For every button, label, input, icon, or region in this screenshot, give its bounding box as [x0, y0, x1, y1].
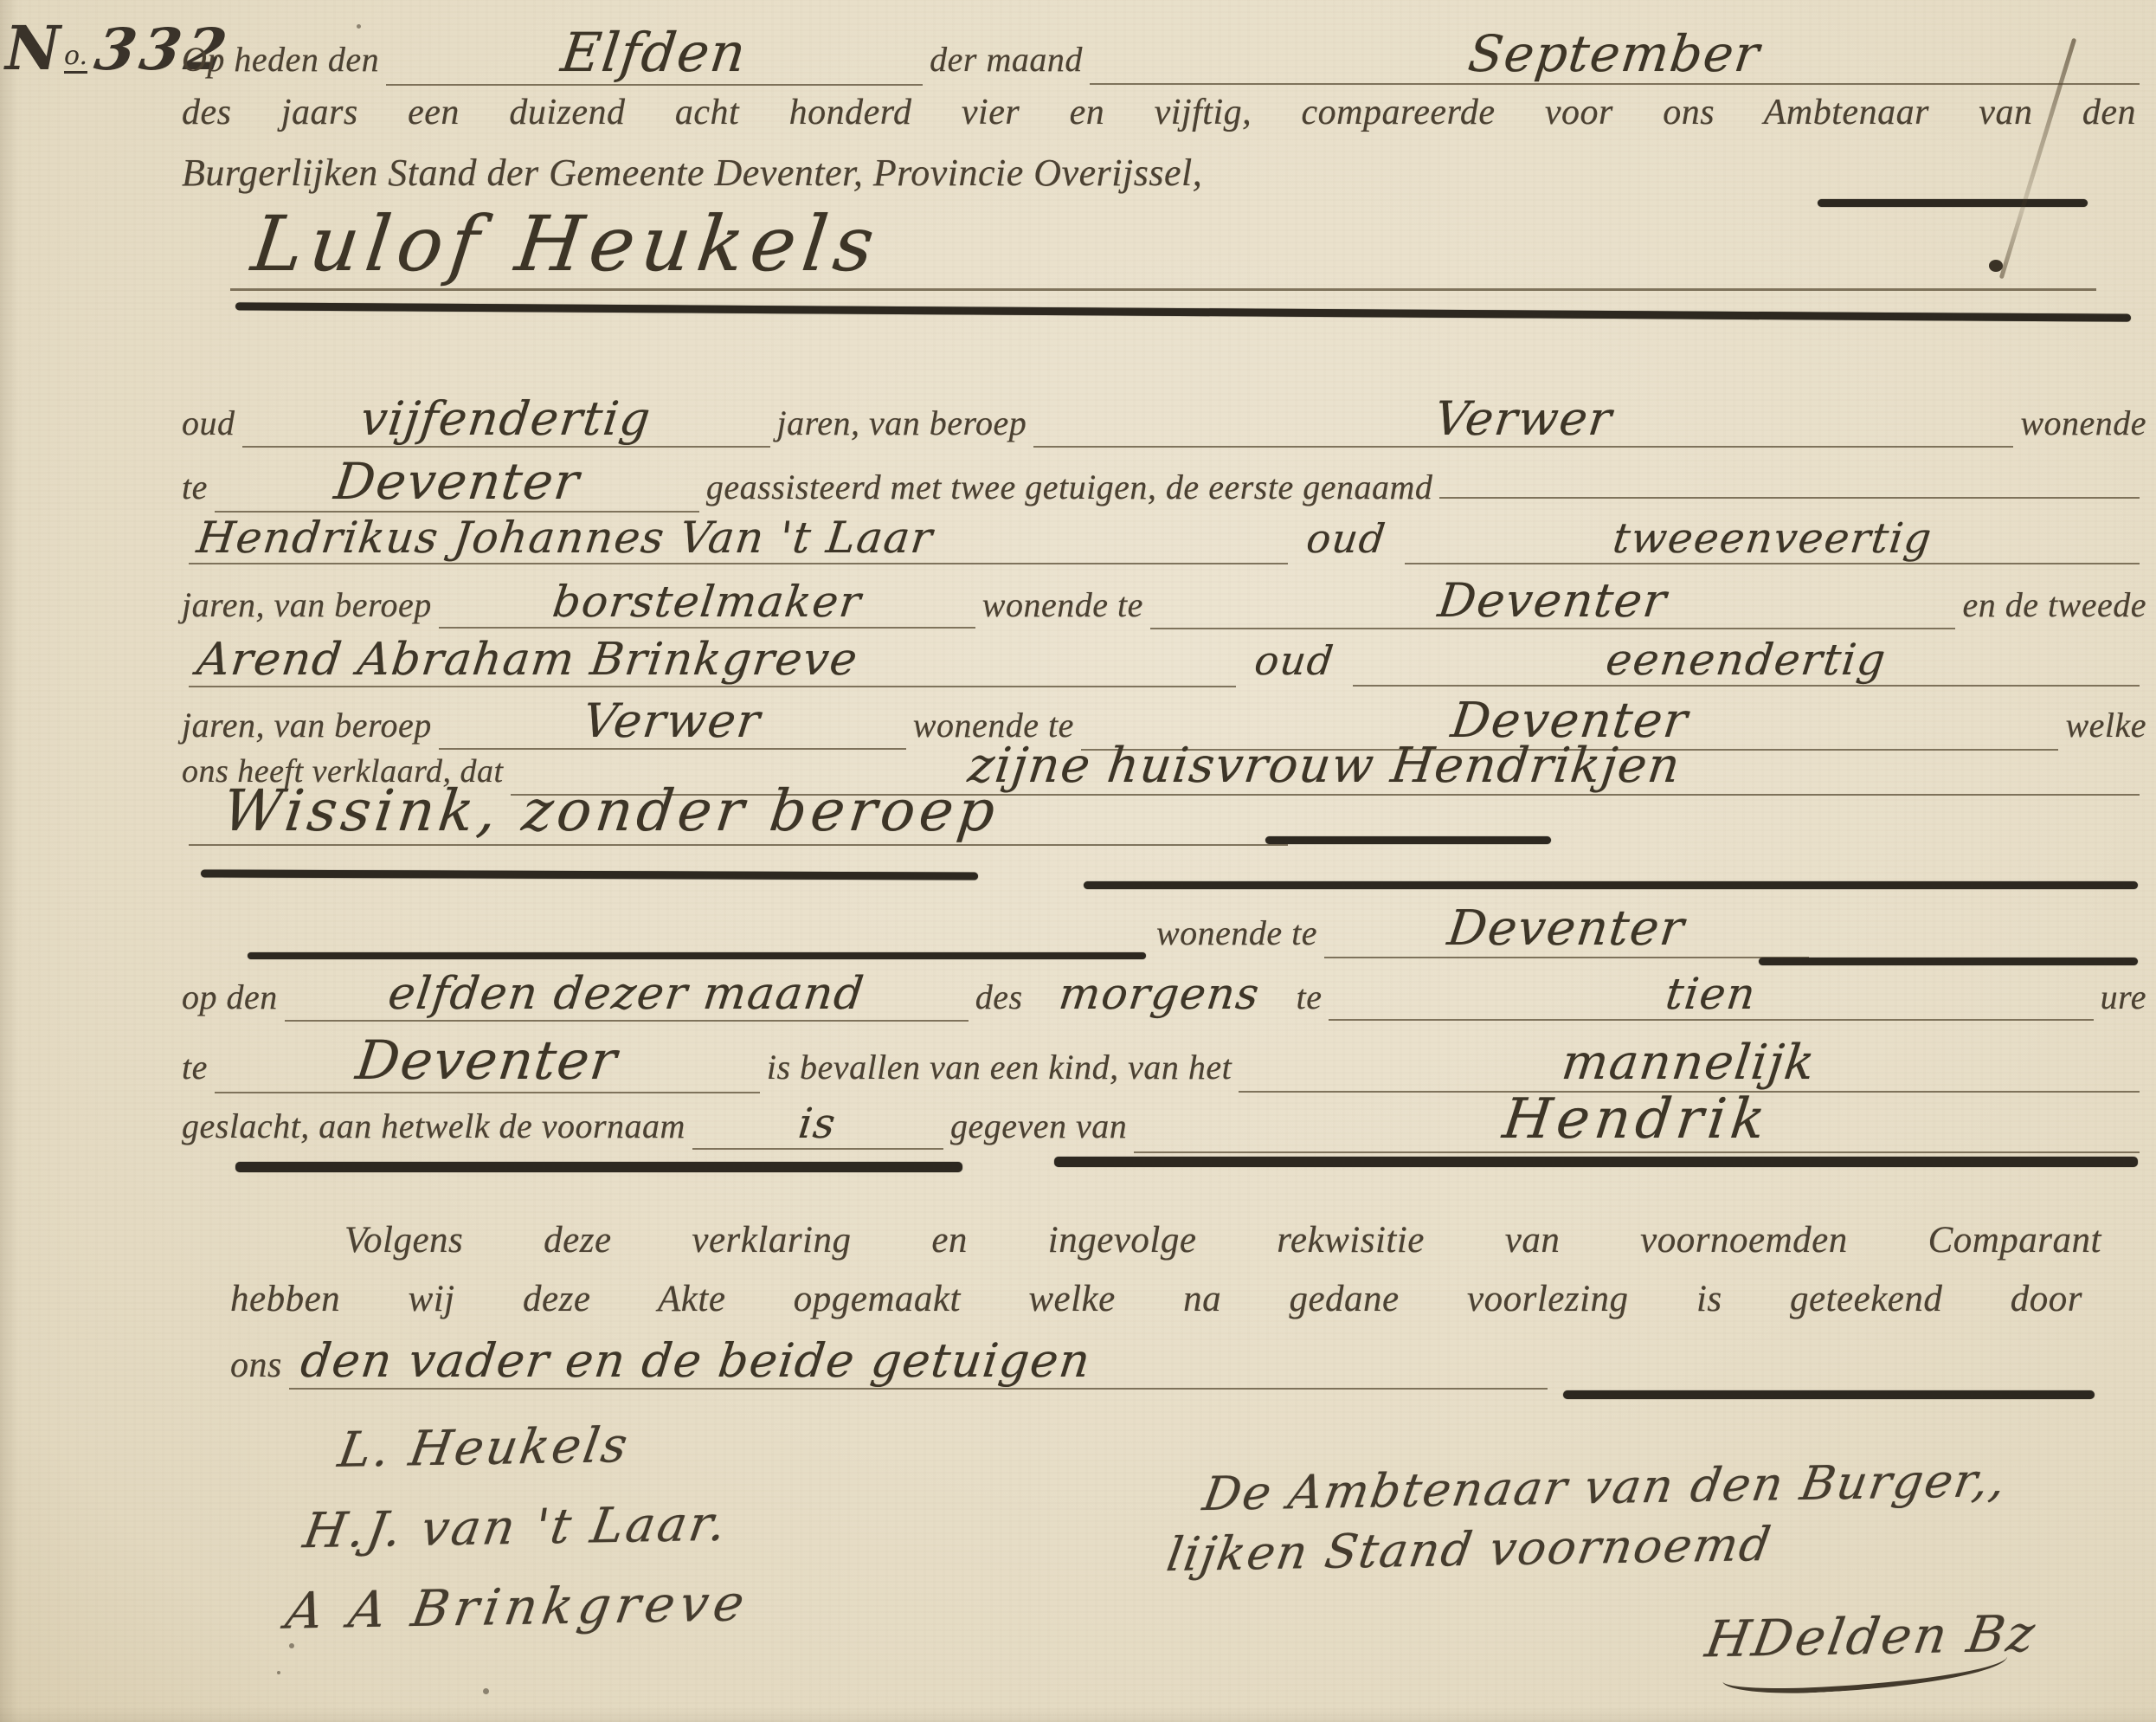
entry-declarant-name: Lulof Heukels	[248, 199, 886, 288]
line-witness2: Arend Abraham Brinkgreve oud eenendertig	[182, 634, 2146, 687]
form-text-en-de-tweede: en de tweede	[1962, 584, 2146, 625]
entry-declarant-residence: Deventer	[331, 452, 582, 511]
strike-rule-b-right	[1084, 881, 2138, 889]
form-text-wonende-te-2: wonende te	[982, 584, 1143, 625]
entry-signers-slot: den vader en de beide getuigen	[289, 1333, 1548, 1390]
form-text-op-den: op den	[182, 977, 278, 1017]
line-declarant-residence: te Deventer geassisteerd met twee getuig…	[182, 452, 2146, 513]
line-witness1-profession: jaren, van beroep borstelmaker wonende t…	[182, 573, 2146, 629]
form-text-te: te	[182, 467, 208, 507]
entry-declarant-age-slot: vijfendertig	[242, 391, 770, 448]
birth-certificate-page: No.332 Op heden den Elfden der maand Sep…	[0, 0, 2156, 1722]
form-text-op-heden-den: Op heden den	[182, 39, 379, 80]
strike-rule-d-right	[1054, 1157, 2138, 1167]
strike-rule-b-left	[201, 869, 978, 880]
officiant-title-line2: lijken Stand voornoemd	[1163, 1517, 1776, 1582]
line-mother-residence: wonende te Deventer	[1156, 900, 1816, 958]
entry-child-name-slot: Hendrik	[1134, 1087, 2140, 1153]
closing-text-1: Volgens deze verklaring en ingevolge rek…	[344, 1219, 2101, 1261]
form-text-ure: ure	[2101, 977, 2146, 1017]
closing-line-3: ons den vader en de beide getuigen	[230, 1333, 1554, 1390]
entry-signers: den vader en de beide getuigen	[298, 1333, 1094, 1388]
entry-birth-place-slot: Deventer	[215, 1029, 760, 1093]
entry-witness1-profession-slot: borstelmaker	[439, 577, 975, 629]
entry-declarant-residence-slot: Deventer	[215, 452, 699, 513]
form-text-year: des jaars een duizend acht honderd vier …	[182, 92, 2136, 133]
line-birth-place: te Deventer is bevallen van een kind, va…	[182, 1029, 2146, 1093]
entry-hour-slot: tien	[1329, 969, 2093, 1021]
entry-month-slot: September	[1090, 24, 2140, 85]
signature-father: L. Heukels	[334, 1417, 634, 1479]
ink-speck	[277, 1671, 280, 1674]
entry-witness2-name-slot: Arend Abraham Brinkgreve	[189, 634, 1236, 687]
entry-month: September	[1465, 24, 1764, 83]
entry-mother-residence: Deventer	[1445, 900, 1688, 957]
entry-is-slot: is	[692, 1100, 943, 1150]
entry-witness1-profession: borstelmaker	[550, 577, 864, 627]
ink-speck	[357, 24, 361, 29]
ink-speck	[483, 1688, 489, 1694]
blank-slot	[1439, 488, 2140, 499]
entry-witness2-age-slot: eenendertig	[1353, 635, 2140, 687]
closing-line-2: hebben wij deze Akte opgemaakt welke na …	[230, 1278, 2082, 1320]
form-text-oud: oud	[182, 403, 235, 443]
form-text-wonende: wonende	[2020, 403, 2146, 443]
entry-declarant-profession: Verwer	[1432, 391, 1616, 446]
entry-witness2-name: Arend Abraham Brinkgreve	[194, 634, 861, 686]
form-text-wonende-te-4: wonende te	[1156, 913, 1317, 953]
form-text-witnesses-intro: geassisteerd met twee getuigen, de eerst…	[706, 467, 1432, 507]
form-text-te-2: te	[1297, 977, 1323, 1017]
line-year: des jaars een duizend acht honderd vier …	[182, 92, 2136, 133]
entry-birth-day-slot: elfden dezer maand	[285, 968, 969, 1022]
entry-declarant-profession-slot: Verwer	[1033, 391, 2013, 448]
form-text-ons: ons	[230, 1345, 282, 1386]
entry-witness2-age: eenendertig	[1603, 635, 1889, 685]
entry-day-slot: Elfden	[386, 21, 923, 86]
entry-oud-1: oud	[1304, 515, 1389, 562]
line-declarant-age: oud vijfendertig jaren, van beroep Verwe…	[182, 391, 2146, 448]
signature-witness1: H.J. van 't Laar.	[299, 1496, 732, 1560]
entry-mother-residence-slot: Deventer	[1324, 900, 1809, 958]
strike-rule-before-wonende	[248, 952, 1146, 959]
entry-daypart-slot: morgens	[1030, 969, 1290, 1019]
strike-rule-after-signers	[1563, 1390, 2095, 1399]
strike-rule-d-left	[235, 1162, 962, 1172]
line-date: Op heden den Elfden der maand September	[182, 21, 2146, 86]
line-declarant-name: Lulof Heukels	[223, 199, 2103, 291]
form-text-des: des	[975, 977, 1023, 1017]
entry-child-name: Hendrik	[1500, 1087, 1774, 1151]
entry-declarant-age: vijfendertig	[357, 391, 654, 446]
entry-sex-slot: mannelijk	[1239, 1035, 2140, 1093]
entry-birth-place: Deventer	[353, 1029, 621, 1092]
entry-witness1-name: Hendrikus Johannes Van 't Laar	[194, 513, 936, 563]
entry-witness1-residence-slot: Deventer	[1150, 573, 1956, 629]
officiant-title-line1: De Ambtenaar van den Burger,,	[1200, 1453, 2011, 1521]
form-text-jaren-beroep: jaren, van beroep	[777, 403, 1027, 443]
form-text-municipality: Burgerlijken Stand der Gemeente Deventer…	[182, 151, 1202, 195]
line-child-name: geslacht, aan hetwelk de voornaam is geg…	[182, 1087, 2146, 1153]
entry-daypart: morgens	[1056, 969, 1262, 1019]
act-number-prefix: N	[5, 12, 62, 84]
entry-day: Elfden	[558, 21, 750, 84]
closing-text-2: hebben wij deze Akte opgemaakt welke na …	[230, 1278, 2082, 1320]
entry-mother-surname: Wissink, zonder beroep	[219, 777, 1002, 844]
entry-birth-day: elfden dezer maand	[385, 968, 867, 1020]
entry-sex: mannelijk	[1559, 1035, 1818, 1091]
entry-mother-surname-slot: Wissink, zonder beroep	[189, 777, 1288, 846]
entry-witness1-age: tweeenveertig	[1610, 514, 1934, 563]
act-number-superscript: o.	[64, 41, 87, 74]
entry-declarant-slot: Lulof Heukels	[230, 199, 2096, 291]
entry-witness1-residence: Deventer	[1435, 573, 1670, 628]
form-text-geslacht: geslacht, aan hetwelk de voornaam	[182, 1106, 685, 1146]
blank-rule-after-beroep	[1265, 836, 1551, 844]
entry-is: is	[796, 1100, 840, 1148]
strike-rule-after-wonende	[1759, 958, 2138, 965]
line-municipality: Burgerlijken Stand der Gemeente Deventer…	[182, 151, 1202, 195]
closing-line-1: Volgens deze verklaring en ingevolge rek…	[344, 1219, 2101, 1261]
ink-speck	[289, 1643, 294, 1648]
signature-witness2: A A Brinkgreve	[282, 1573, 754, 1640]
ink-blot	[1989, 260, 2003, 272]
entry-oud-2: oud	[1252, 637, 1337, 684]
form-text-jaren-beroep-2: jaren, van beroep	[182, 584, 432, 625]
line-birth-time: op den elfden dezer maand des morgens te…	[182, 968, 2146, 1022]
strike-rule-after-name	[235, 302, 2131, 321]
entry-witness1-name-slot: Hendrikus Johannes Van 't Laar	[189, 513, 1288, 564]
form-text-der-maand: der maand	[930, 39, 1083, 80]
entry-witness1-age-slot: tweeenveertig	[1405, 514, 2140, 564]
entry-hour: tien	[1664, 969, 1760, 1019]
line-mother-surname: Wissink, zonder beroep	[182, 777, 1295, 846]
form-text-bevallen: is bevallen van een kind, van het	[767, 1047, 1232, 1087]
form-text-te-3: te	[182, 1047, 208, 1087]
line-witness1: Hendrikus Johannes Van 't Laar oud tweee…	[182, 513, 2146, 564]
form-text-gegeven-van: gegeven van	[950, 1106, 1127, 1146]
